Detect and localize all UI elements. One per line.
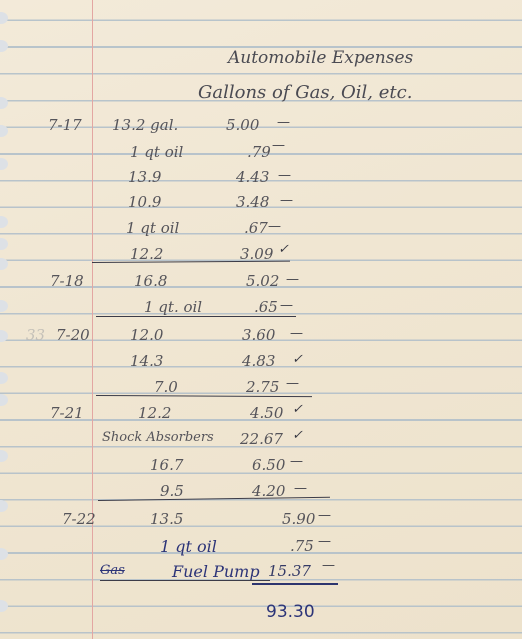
entry-amount: 5.02 [246, 272, 279, 290]
entry-item: 12.2 [138, 404, 171, 422]
entry-mark: ✓ [292, 428, 303, 443]
binder-hole [0, 500, 8, 512]
binder-hole [0, 40, 8, 52]
binder-hole [0, 330, 8, 342]
entry-mark: ✓ [292, 402, 303, 417]
binder-hole [0, 125, 8, 137]
entry-mark: — [286, 272, 299, 287]
entry-amount: 4.43 [236, 168, 269, 186]
page-subtitle: Gallons of Gas, Oil, etc. [198, 82, 412, 103]
binder-hole [0, 158, 8, 170]
binder-hole [0, 450, 8, 462]
page-title: Automobile Expenses [228, 48, 413, 68]
binder-hole [0, 216, 8, 228]
entry-amount: 22.67 [240, 430, 283, 448]
entry-amount: 15.37 [268, 562, 311, 580]
entry-amount: 6.50 [252, 456, 285, 474]
entry-item: 13.9 [128, 168, 161, 186]
entry-item: 12.2 [130, 245, 163, 263]
entry-date: 7-21 [50, 404, 84, 422]
entry-item: 16.7 [150, 456, 183, 474]
entry-mark: — [290, 454, 303, 469]
entry-mark: — [272, 138, 285, 153]
binder-hole [0, 238, 8, 250]
entry-mark: ✓ [278, 242, 289, 257]
entry-amount: 5.90 [282, 510, 315, 528]
entry-mark: — [294, 481, 307, 496]
entry-mark: — [268, 219, 281, 234]
entry-item: 12.0 [130, 326, 163, 344]
binder-hole [0, 97, 8, 109]
entry-item: 13.5 [150, 510, 183, 528]
entry-amount: 4.83 [242, 352, 275, 370]
entry-date: 7-20 [56, 326, 90, 344]
entry-item: 14.3 [130, 352, 163, 370]
entry-date: 7-22 [62, 510, 96, 528]
entry-mark: — [280, 298, 293, 313]
binder-hole [0, 600, 8, 612]
entry-amount: .75 [290, 537, 314, 555]
notebook-page: Automobile Expenses Gallons of Gas, Oil,… [0, 0, 522, 639]
entry-amount: 3.48 [236, 193, 269, 211]
entry-mark: — [322, 558, 335, 573]
entry-mark: — [277, 115, 290, 130]
margin-line [92, 0, 93, 639]
torn-binder-edge [0, 0, 14, 639]
subtotal-underline [100, 580, 270, 581]
entry-amount: 2.75 [246, 378, 279, 396]
entry-amount: 4.50 [250, 404, 283, 422]
binder-hole [0, 12, 8, 24]
entry-item: 1 qt oil [130, 143, 183, 161]
entry-amount: .67 [244, 219, 268, 237]
entry-mark: ✓ [292, 352, 303, 367]
binder-hole [0, 300, 8, 312]
entry-mark: — [318, 534, 331, 549]
entry-item: Fuel Pump [172, 562, 260, 581]
entry-date: 7-18 [50, 272, 84, 290]
entry-date: 7-17 [48, 116, 82, 134]
total-underline [252, 583, 338, 585]
entry-item: Shock Absorbers [102, 430, 214, 445]
entry-amount: .65 [254, 298, 278, 316]
entry-mark: — [318, 508, 331, 523]
entry-amount: .79 [247, 143, 271, 161]
entry-item: 13.2 gal. [112, 116, 178, 134]
binder-hole [0, 394, 8, 406]
entry-mark: — [278, 168, 291, 183]
entry-item: 1 qt oil [126, 219, 179, 237]
entry-item: 1 qt. oil [144, 298, 202, 316]
binder-hole [0, 258, 8, 270]
entry-mark: — [286, 376, 299, 391]
subtotal-underline [96, 316, 296, 317]
binder-hole [0, 372, 8, 384]
struck-prefix: Gas [100, 563, 125, 578]
entry-item: 1 qt oil [160, 537, 217, 556]
entry-item: 7.0 [154, 378, 178, 396]
entry-amount: 5.00 [226, 116, 259, 134]
entry-mark: — [280, 193, 293, 208]
entry-mark: — [290, 326, 303, 341]
faint-prefix: 33 [26, 326, 45, 344]
entry-item: 10.9 [128, 193, 161, 211]
binder-hole [0, 548, 8, 560]
grand-total: 93.30 [266, 602, 315, 622]
entry-item: 16.8 [134, 272, 167, 290]
entry-item: 9.5 [160, 482, 184, 500]
entry-amount: 3.60 [242, 326, 275, 344]
